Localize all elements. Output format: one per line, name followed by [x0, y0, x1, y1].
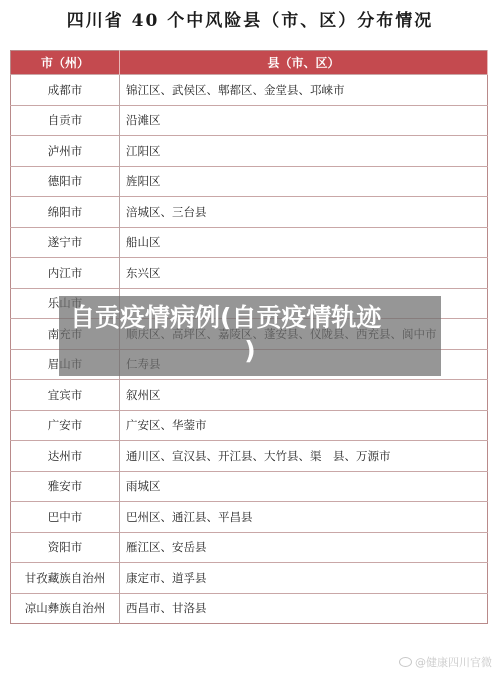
- counties-cell: 雨城区: [120, 471, 488, 502]
- table-row: 自贡市沿滩区: [11, 105, 488, 136]
- counties-cell: 雁江区、安岳县: [120, 532, 488, 563]
- caption-line-1: 自贡疫情病例(自贡疫情轨迹: [70, 303, 381, 332]
- city-cell: 达州市: [11, 441, 120, 472]
- counties-cell: 叙州区: [120, 380, 488, 411]
- weibo-icon: [399, 657, 412, 667]
- city-cell: 凉山彝族自治州: [11, 593, 120, 624]
- table-row: 广安市广安区、华蓥市: [11, 410, 488, 441]
- table-row: 雅安市雨城区: [11, 471, 488, 502]
- counties-cell: 船山区: [120, 227, 488, 258]
- caption-overlay-text: 自贡疫情病例(自贡疫情轨迹 ): [70, 301, 430, 367]
- table-row: 达州市通川区、宣汉县、开江县、大竹县、渠 县、万源市: [11, 441, 488, 472]
- city-cell: 遂宁市: [11, 227, 120, 258]
- city-cell: 资阳市: [11, 532, 120, 563]
- counties-cell: 巴州区、通江县、平昌县: [120, 502, 488, 533]
- city-cell: 绵阳市: [11, 197, 120, 228]
- city-cell: 广安市: [11, 410, 120, 441]
- counties-cell: 东兴区: [120, 258, 488, 289]
- city-cell: 宜宾市: [11, 380, 120, 411]
- table-row: 巴中市巴州区、通江县、平昌县: [11, 502, 488, 533]
- table-row: 凉山彝族自治州西昌市、甘洛县: [11, 593, 488, 624]
- counties-cell: 康定市、道孚县: [120, 563, 488, 594]
- table-row: 成都市锦江区、武侯区、郫都区、金堂县、邛崃市: [11, 75, 488, 106]
- table-header-row: 市（州） 县（市、区）: [11, 51, 488, 75]
- counties-cell: 锦江区、武侯区、郫都区、金堂县、邛崃市: [120, 75, 488, 106]
- counties-cell: 旌阳区: [120, 166, 488, 197]
- caption-line-2: ): [70, 334, 430, 367]
- document-title: 四川省 40 个中风险县（市、区）分布情况: [0, 6, 500, 31]
- city-cell: 巴中市: [11, 502, 120, 533]
- table-row: 绵阳市涪城区、三台县: [11, 197, 488, 228]
- watermark-text: @健康四川官微: [415, 654, 492, 670]
- watermark: @健康四川官微: [399, 654, 492, 670]
- table-row: 资阳市雁江区、安岳县: [11, 532, 488, 563]
- counties-cell: 沿滩区: [120, 105, 488, 136]
- table-row: 泸州市江阳区: [11, 136, 488, 167]
- header-counties: 县（市、区）: [120, 51, 488, 75]
- city-cell: 泸州市: [11, 136, 120, 167]
- table-row: 甘孜藏族自治州康定市、道孚县: [11, 563, 488, 594]
- counties-cell: 通川区、宣汉县、开江县、大竹县、渠 县、万源市: [120, 441, 488, 472]
- counties-cell: 江阳区: [120, 136, 488, 167]
- city-cell: 成都市: [11, 75, 120, 106]
- city-cell: 雅安市: [11, 471, 120, 502]
- table-row: 内江市东兴区: [11, 258, 488, 289]
- table-row: 遂宁市船山区: [11, 227, 488, 258]
- city-cell: 自贡市: [11, 105, 120, 136]
- header-city: 市（州）: [11, 51, 120, 75]
- city-cell: 德阳市: [11, 166, 120, 197]
- counties-cell: 涪城区、三台县: [120, 197, 488, 228]
- table-row: 宜宾市叙州区: [11, 380, 488, 411]
- city-cell: 内江市: [11, 258, 120, 289]
- city-cell: 甘孜藏族自治州: [11, 563, 120, 594]
- counties-cell: 广安区、华蓥市: [120, 410, 488, 441]
- table-row: 德阳市旌阳区: [11, 166, 488, 197]
- counties-cell: 西昌市、甘洛县: [120, 593, 488, 624]
